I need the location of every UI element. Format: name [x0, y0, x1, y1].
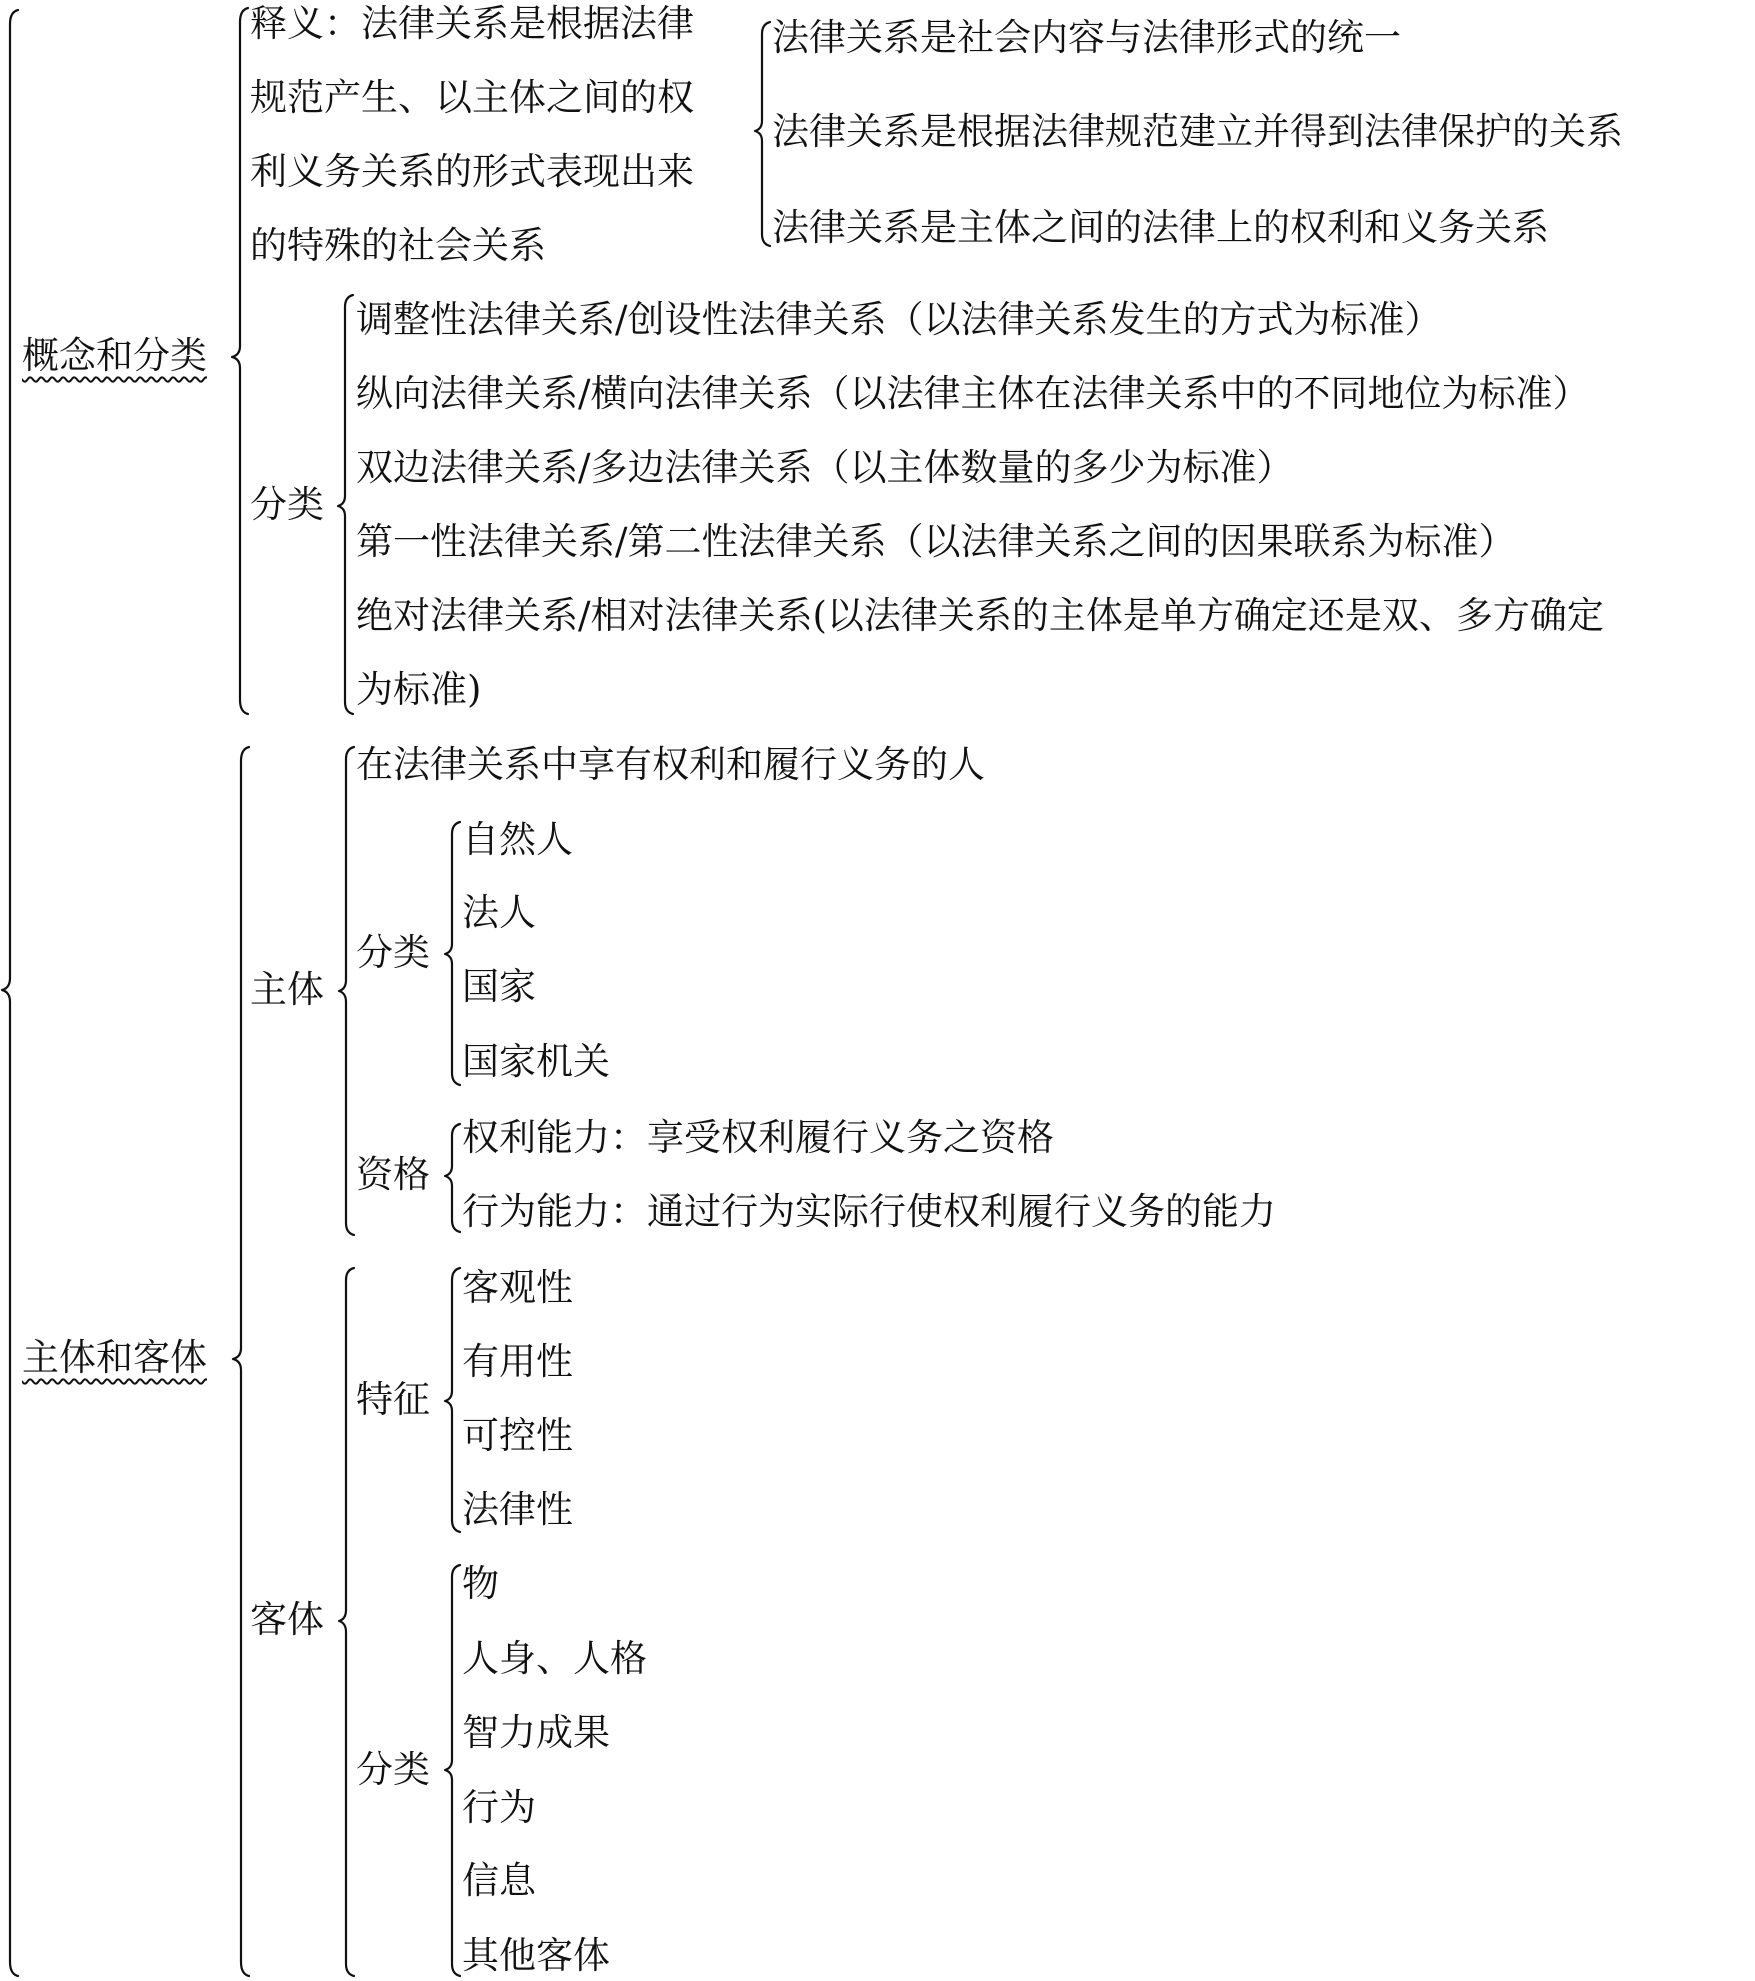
section-label-concept: 概念和分类	[22, 334, 207, 378]
qualification-brace	[445, 1124, 460, 1232]
subject-definition: 在法律关系中享有权利和履行义务的人	[356, 743, 985, 787]
classification-item: 纵向法律关系/横向法律关系（以法律主体在法律关系中的不同地位为标准）	[356, 372, 1589, 416]
classification-item: 调整性法律关系/创设性法律关系（以法律关系发生的方式为标准）	[356, 298, 1441, 342]
classification-item: 绝对法律关系/相对法律关系(以法律关系的主体是单方确定还是双、多方确定	[356, 594, 1604, 638]
feature-item: 有用性	[462, 1340, 573, 1384]
feature-item: 法律性	[462, 1488, 573, 1532]
definition-line: 的特殊的社会关系	[250, 224, 546, 268]
subject-brace	[339, 747, 354, 1235]
object-label: 客体	[250, 1598, 324, 1642]
subject-type-item: 国家	[462, 965, 536, 1009]
subject-type-item: 自然人	[462, 818, 573, 862]
object-brace	[339, 1268, 354, 1976]
object-type-item: 人身、人格	[462, 1637, 647, 1681]
subject-classification-brace	[445, 822, 460, 1085]
definition-line: 释义：法律关系是根据法律	[250, 2, 694, 46]
subject-type-item: 国家机关	[462, 1040, 610, 1084]
classification-item: 双边法律关系/多边法律关系（以主体数量的多少为标准）	[356, 446, 1293, 490]
definition-point: 法律关系是社会内容与法律形式的统一	[772, 16, 1401, 60]
classification-item: 第一性法律关系/第二性法律关系（以法律关系之间的因果联系为标准）	[356, 520, 1515, 564]
section-label-subject-object: 主体和客体	[22, 1336, 207, 1380]
object-type-item: 物	[462, 1562, 499, 1606]
object-classification-label: 分类	[356, 1748, 430, 1792]
qualification-item: 行为能力：通过行为实际行使权利履行义务的能力	[462, 1190, 1276, 1234]
object-type-item: 其他客体	[462, 1934, 610, 1978]
features-brace	[445, 1268, 460, 1532]
definition-point: 法律关系是根据法律规范建立并得到法律保护的关系	[772, 110, 1623, 154]
subject-object-brace	[233, 747, 249, 1976]
subject-classification-label: 分类	[356, 931, 430, 975]
definition-line: 规范产生、以主体之间的权	[250, 76, 694, 120]
concept-brace	[232, 8, 248, 714]
root-brace	[2, 10, 18, 1976]
feature-item: 客观性	[462, 1266, 573, 1310]
classification-brace	[338, 295, 353, 714]
classification-label: 分类	[250, 483, 324, 527]
definition-point: 法律关系是主体之间的法律上的权利和义务关系	[772, 206, 1549, 250]
qualification-label: 资格	[356, 1153, 430, 1197]
object-type-item: 行为	[462, 1786, 536, 1830]
definition-points-brace	[755, 22, 770, 246]
qualification-item: 权利能力：享受权利履行义务之资格	[462, 1116, 1054, 1160]
subject-type-item: 法人	[462, 891, 536, 935]
subject-label: 主体	[250, 968, 324, 1012]
object-type-item: 智力成果	[462, 1711, 610, 1755]
feature-item: 可控性	[462, 1414, 573, 1458]
object-classification-brace	[445, 1565, 460, 1976]
classification-item: 为标准)	[356, 668, 481, 712]
definition-line: 利义务关系的形式表现出来	[250, 150, 694, 194]
object-type-item: 信息	[462, 1859, 536, 1903]
features-label: 特征	[356, 1378, 430, 1422]
